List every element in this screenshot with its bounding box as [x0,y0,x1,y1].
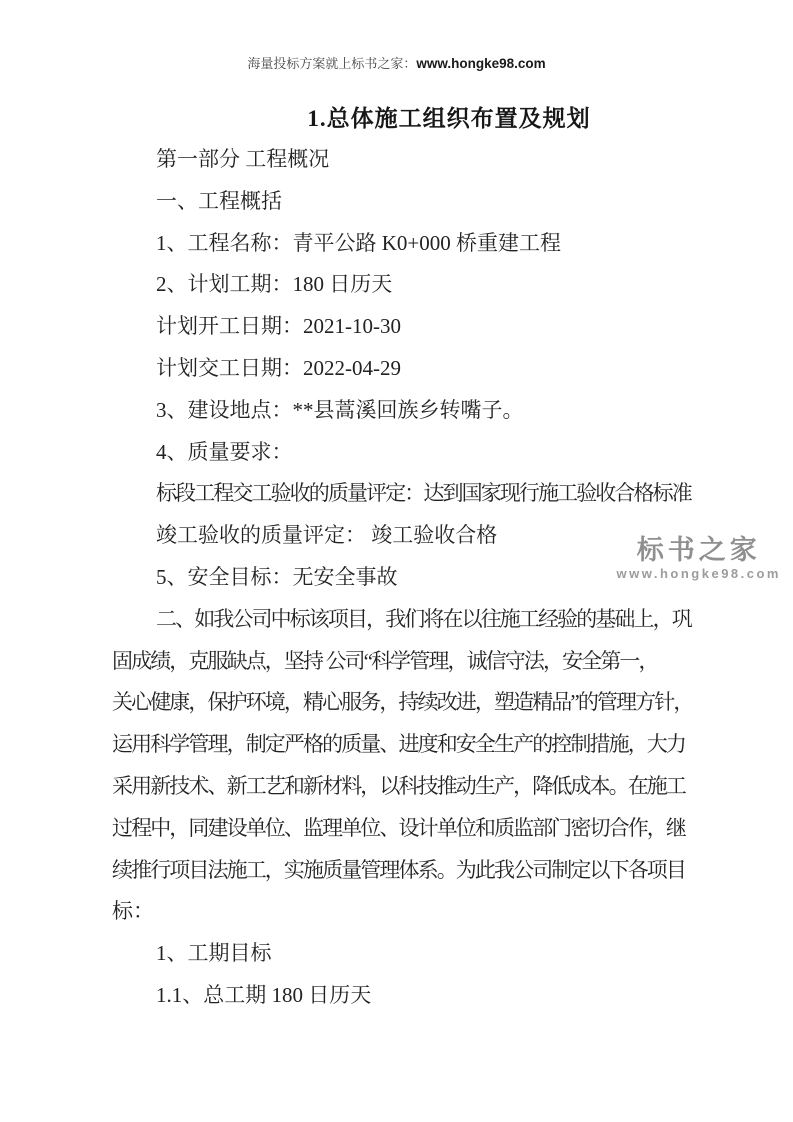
document-page: 海量投标方案就上标书之家：www.hongke98.com 1.总体施工组织布置… [0,0,793,1122]
document-body: 第一部分 工程概况 一、工程概括 1、工程名称：青平公路 K0+000 桥重建工… [112,139,690,1017]
doc-line: 第一部分 工程概况 [112,139,690,181]
page-header-note: 海量投标方案就上标书之家：www.hongke98.com [0,53,793,72]
doc-line: 二、如我公司中标该项目，我们将在以往施工经验的基础上，巩 [112,599,690,641]
doc-line: 3、建设地点：**县蒿溪回族乡转嘴子。 [112,390,690,432]
doc-line: 标段工程交工验收的质量评定：达到国家现行施工验收合格标准 [112,473,690,515]
header-site-url: www.hongke98.com [416,56,545,71]
doc-line: 1、工期目标 [112,933,690,975]
doc-line: 2、计划工期：180 日历天 [112,264,690,306]
header-site-text: 海量投标方案就上标书之家： [247,56,416,71]
doc-line: 一、工程概括 [112,181,690,223]
doc-line: 标： [112,891,690,933]
doc-line: 4、质量要求： [112,432,690,474]
doc-line: 1.1、总工期 180 日历天 [112,975,690,1017]
doc-line: 续推行项目法施工，实施质量管理体系。为此我公司制定以下各项目 [112,850,690,892]
doc-line: 计划交工日期：2022-04-29 [112,348,690,390]
document-title: 1.总体施工组织布置及规划 [112,100,738,133]
doc-line: 运用科学管理，制定严格的质量、进度和安全生产的控制措施，大力 [112,724,690,766]
doc-line: 采用新技术、新工艺和新材料，以科技推动生产，降低成本。在施工 [112,766,690,808]
watermark: 标书之家 www.hongke98.com [617,534,782,581]
doc-line: 固成绩，克服缺点，坚持 公司“科学管理，诚信守法，安全第一， [112,641,690,683]
doc-line: 关心健康，保护环境，精心服务，持续改进，塑造精品”的管理方针， [112,682,690,724]
doc-line: 1、工程名称：青平公路 K0+000 桥重建工程 [112,223,690,265]
watermark-url: www.hongke98.com [617,566,782,581]
watermark-brand: 标书之家 [617,534,782,566]
doc-line: 5、安全目标：无安全事故 [112,557,690,599]
doc-line: 计划开工日期：2021-10-30 [112,306,690,348]
doc-line: 竣工验收的质量评定： 竣工验收合格 [112,515,690,557]
doc-line: 过程中，同建设单位、监理单位、设计单位和质监部门密切合作，继 [112,808,690,850]
